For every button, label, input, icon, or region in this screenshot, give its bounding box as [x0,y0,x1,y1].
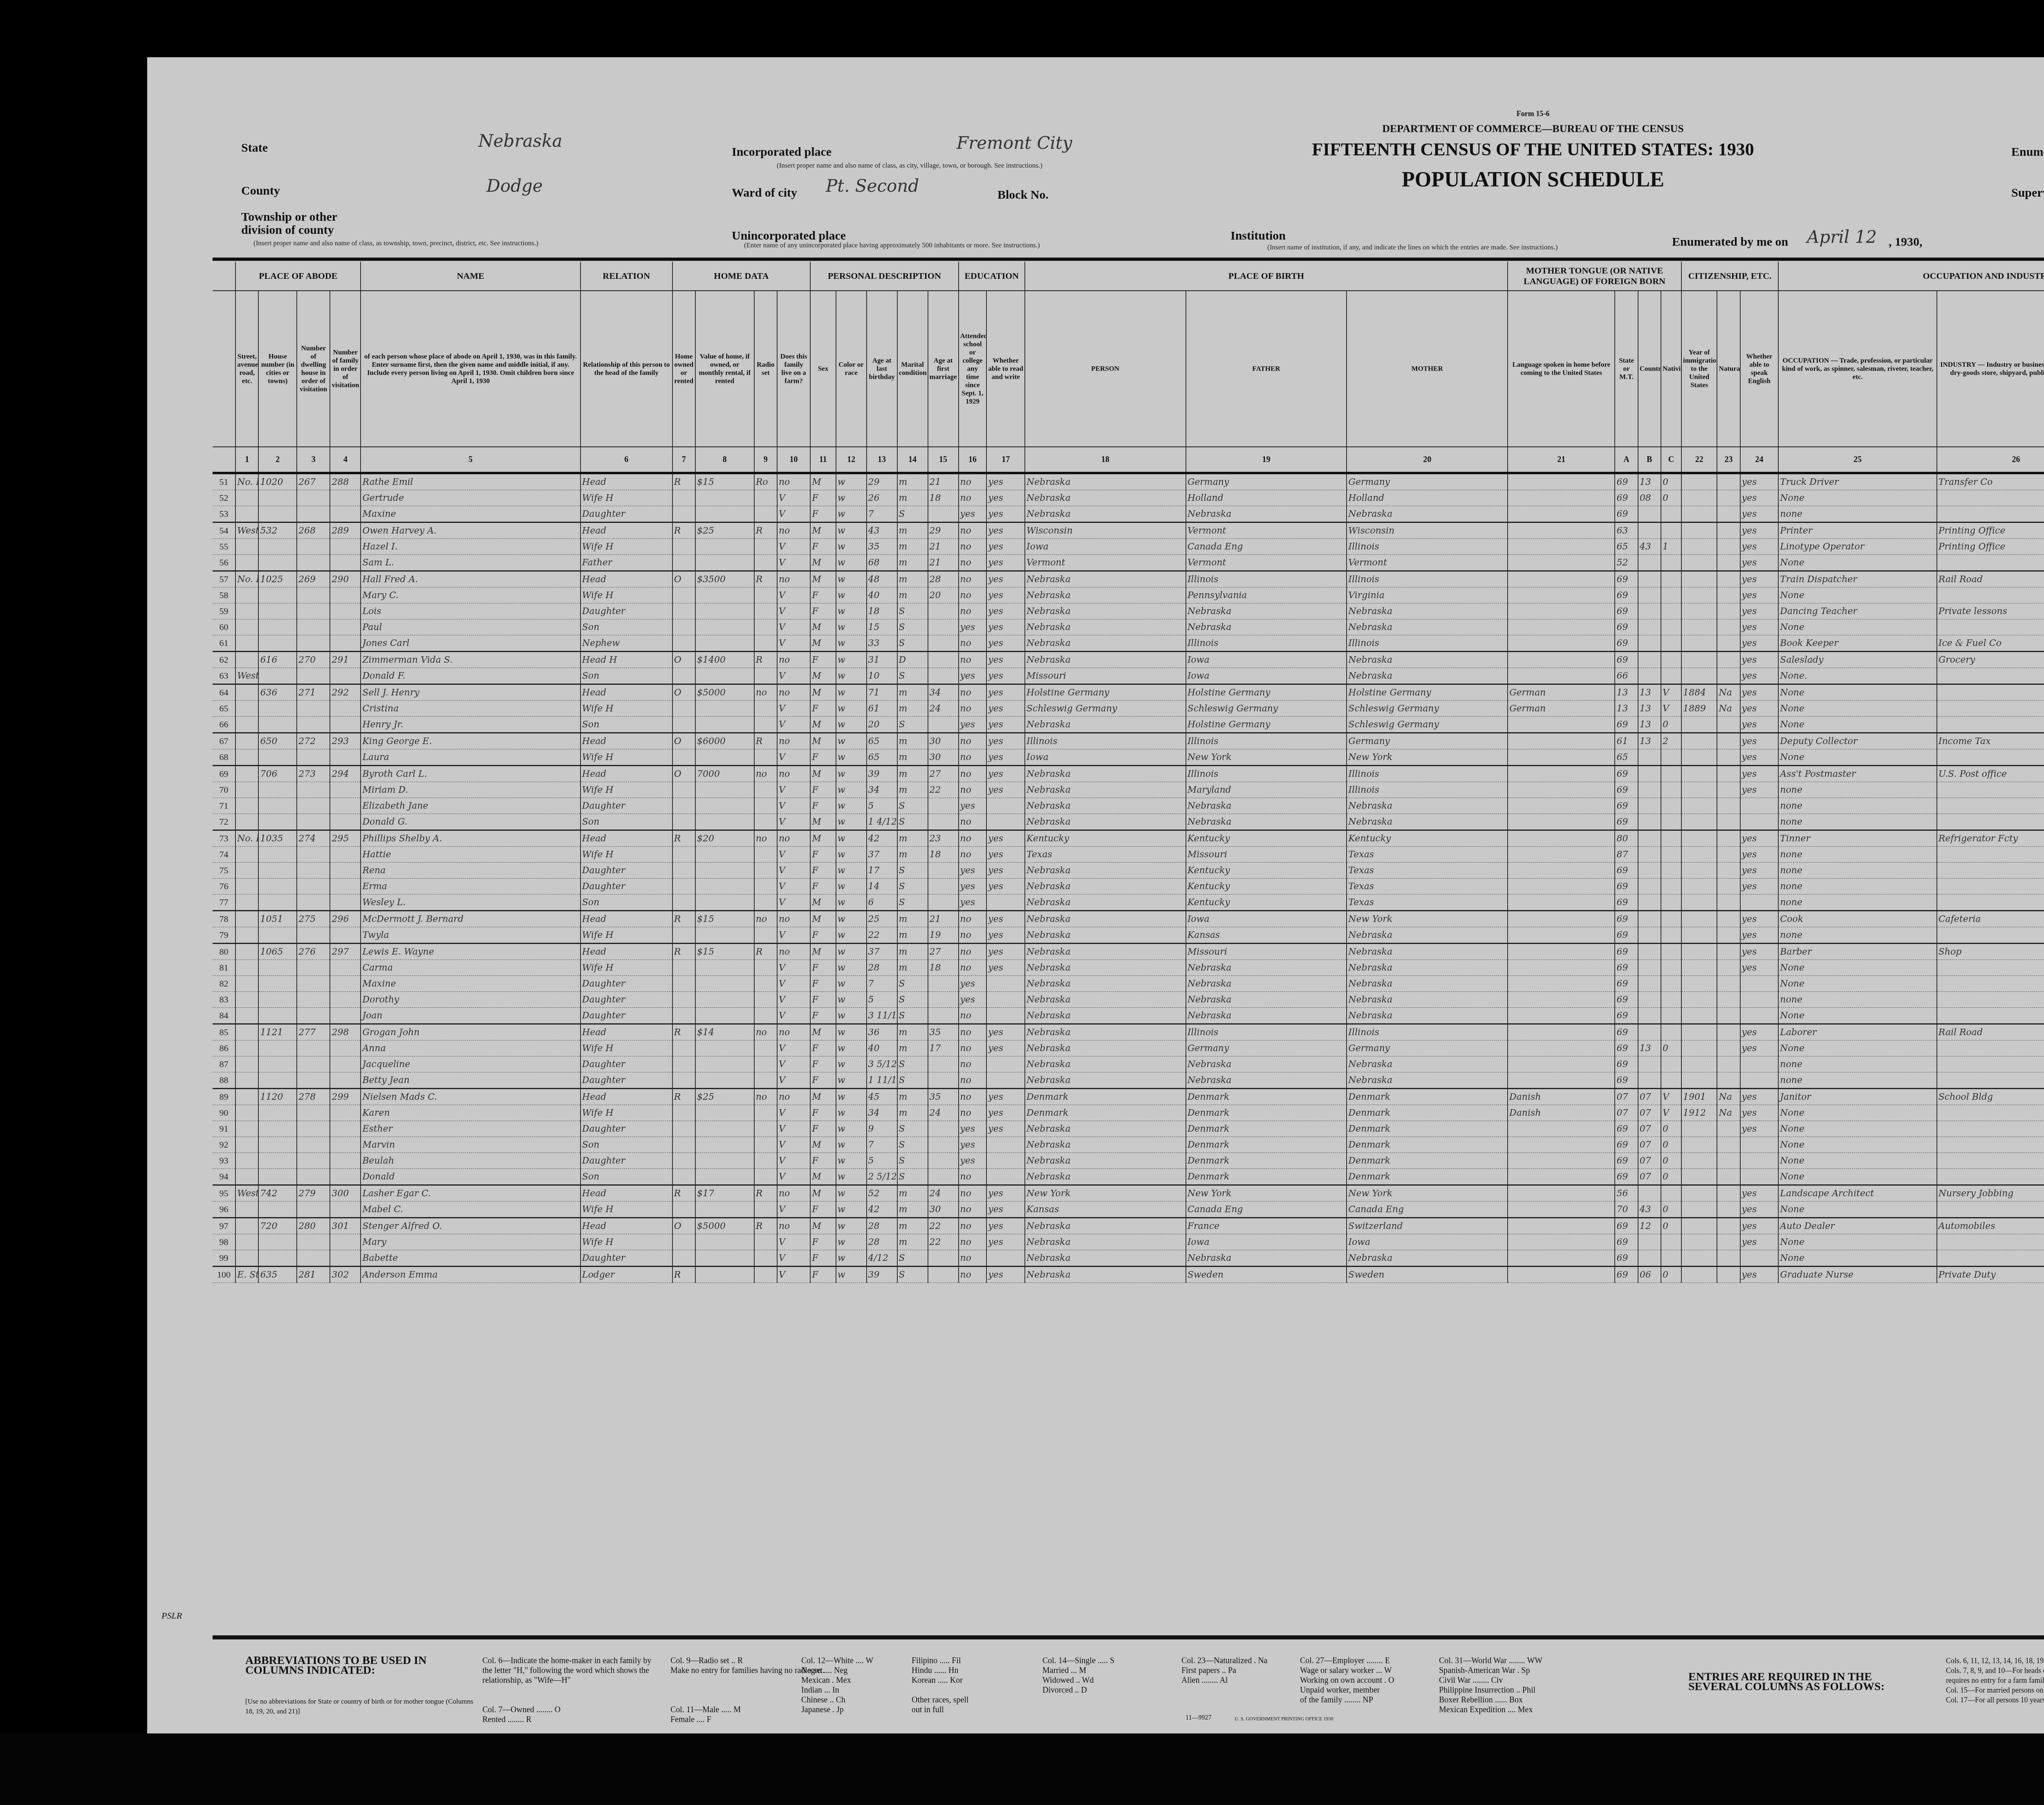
speaks-english: yes [1740,782,1779,798]
state-value: Nebraska [478,131,563,151]
home-value [695,1250,754,1267]
speaks-english: yes [1740,1185,1779,1202]
race: w [836,1008,867,1024]
house-number: 636 [258,684,297,701]
radio-set [754,976,777,992]
age: 22 [867,927,897,944]
population-schedule-table: PLACE OF ABODE NAME RELATION HOME DATA P… [213,262,2044,1283]
code-state: 69 [1615,1218,1638,1234]
age: 28 [867,960,897,976]
naturalization [1717,782,1740,798]
sex: F [810,863,836,879]
radio-set: no [754,911,777,927]
farm: V [777,863,810,879]
relationship: Head [580,733,672,749]
birthplace-mother: Illinois [1347,766,1508,782]
marital-status: S [897,668,928,684]
sex: F [810,539,836,555]
person-name: Rathe Emil [361,473,580,490]
street [235,701,258,717]
person-name: Jones Carl [361,635,580,652]
code-state: 69 [1615,976,1638,992]
speaks-english [1740,1137,1779,1153]
line-number: 77 [213,895,235,911]
code-country [1638,976,1661,992]
person-name: Betty Jean [361,1072,580,1089]
occupation: none [1778,1056,1936,1072]
relationship: Daughter [580,1121,672,1137]
farm: V [777,749,810,766]
abbr-col7: Col. 7—Owned ........ O Rented ........ … [482,1705,560,1724]
township-label: Township or other division of county [241,211,347,237]
can-read-write: yes [986,766,1025,782]
home-value [695,976,754,992]
code-nativity [1661,635,1681,652]
age-first-marriage: 24 [928,1105,959,1121]
relationship: Head [580,571,672,587]
birthplace-father: Illinois [1186,733,1347,749]
age: 9 [867,1121,897,1137]
speaks-english: yes [1740,1024,1779,1040]
can-read-write: yes [986,490,1025,506]
race: w [836,571,867,587]
farm: V [777,1234,810,1250]
sex: F [810,749,836,766]
family-number [330,895,361,911]
farm: V [777,1105,810,1121]
marital-status: S [897,1137,928,1153]
race: w [836,992,867,1008]
age-first-marriage [928,863,959,879]
table-row: 95West 10th St.742279300Lasher Egar C.He… [213,1185,2044,1202]
occupation: none [1778,879,1936,895]
home-owned-rented [672,490,695,506]
radio-set [754,635,777,652]
industry [1937,717,2044,733]
home-value: 7000 [695,766,754,782]
farm: V [777,701,810,717]
age-first-marriage: 22 [928,1234,959,1250]
farm: V [777,1056,810,1072]
occupation: none [1778,782,1936,798]
birthplace-person: Nebraska [1025,1008,1186,1024]
industry [1937,684,2044,701]
line-number: 63 [213,668,235,684]
farm: V [777,1267,810,1283]
line-number: 100 [213,1267,235,1283]
form-number: Form 15-6 [1472,110,1594,118]
radio-set [754,603,777,619]
immigration-year [1681,603,1717,619]
dwelling-number [297,619,330,635]
home-owned-rented [672,668,695,684]
line-number: 91 [213,1121,235,1137]
home-value [695,1008,754,1024]
street [235,587,258,603]
relationship: Daughter [580,1056,672,1072]
occupation: None [1778,749,1936,766]
occupation: None [1778,1105,1936,1121]
table-row: 70Miriam D.Wife HVFw34m22noyesNebraskaMa… [213,782,2044,798]
can-read-write: yes [986,603,1025,619]
column-number: 16 [959,447,987,473]
house-number [258,879,297,895]
race: w [836,911,867,927]
birthplace-person: Wisconsin [1025,522,1186,539]
marital-status: m [897,733,928,749]
relationship: Wife H [580,960,672,976]
naturalization [1717,1121,1740,1137]
street [235,1250,258,1267]
sex: F [810,847,836,863]
relationship: Head [580,1185,672,1202]
birthplace-mother: Illinois [1347,539,1508,555]
mother-tongue [1508,555,1615,571]
age-first-marriage [928,1267,959,1283]
person-name: Donald [361,1169,580,1185]
mother-tongue [1508,473,1615,490]
marital-status: m [897,571,928,587]
table-row: 81CarmaWife HVFw28m18noyesNebraskaNebras… [213,960,2044,976]
dwelling-number [297,1121,330,1137]
code-nativity [1661,652,1681,668]
column-number: C [1661,447,1681,473]
farm: no [777,1024,810,1040]
naturalization [1717,1234,1740,1250]
family-number [330,1169,361,1185]
attended-school: no [959,749,987,766]
code-country: 13 [1638,684,1661,701]
immigration-year [1681,555,1717,571]
immigration-year [1681,766,1717,782]
group-place-of-birth: PLACE OF BIRTH [1025,262,1508,291]
immigration-year [1681,782,1717,798]
marital-status: m [897,1185,928,1202]
industry [1937,863,2044,879]
birthplace-father: Iowa [1186,652,1347,668]
marital-status: m [897,1218,928,1234]
race: w [836,717,867,733]
immigration-year [1681,635,1717,652]
house-number: 1120 [258,1089,297,1105]
age-first-marriage: 21 [928,539,959,555]
birthplace-father: Illinois [1186,766,1347,782]
code-nativity [1661,1056,1681,1072]
speaks-english: yes [1740,668,1779,684]
house-number: 532 [258,522,297,539]
home-value [695,960,754,976]
birthplace-mother: Nebraska [1347,814,1508,830]
family-number [330,1234,361,1250]
birthplace-person: Nebraska [1025,1267,1186,1283]
code-state: 69 [1615,814,1638,830]
abbr-col23: Col. 23—Naturalized . Na First papers ..… [1181,1656,1268,1685]
speaks-english [1740,1008,1779,1024]
age-first-marriage: 21 [928,555,959,571]
age-first-marriage: 29 [928,522,959,539]
birthplace-father: Nebraska [1186,1250,1347,1267]
column-number: 5 [361,447,580,473]
birthplace-father: Iowa [1186,668,1347,684]
person-name: Rena [361,863,580,879]
dwelling-number [297,555,330,571]
birthplace-father: Denmark [1186,1121,1347,1137]
home-value [695,1105,754,1121]
farm: no [777,473,810,490]
home-value: $25 [695,522,754,539]
birthplace-mother: New York [1347,911,1508,927]
race: w [836,1185,867,1202]
age: 34 [867,1105,897,1121]
home-value: $15 [695,911,754,927]
table-row: 53MaxineDaughterVFw7SyesyesNebraskaNebra… [213,506,2044,522]
dwelling-number [297,1137,330,1153]
dwelling-number [297,506,330,522]
family-number [330,798,361,814]
marital-status: S [897,506,928,522]
code-country [1638,1234,1661,1250]
birthplace-father: Vermont [1186,555,1347,571]
mother-tongue [1508,992,1615,1008]
street [235,960,258,976]
farm: V [777,814,810,830]
industry: Refrigerator Fcty [1937,830,2044,847]
mother-tongue: Danish [1508,1105,1615,1121]
column-number: 19 [1186,447,1347,473]
farm: V [777,539,810,555]
column-label: State or M.T. [1615,291,1638,447]
sex: M [810,944,836,960]
birthplace-father: Kentucky [1186,863,1347,879]
birthplace-person: Nebraska [1025,603,1186,619]
dwelling-number: 270 [297,652,330,668]
person-name: Jacqueline [361,1056,580,1072]
can-read-write: yes [986,1024,1025,1040]
code-nativity: 0 [1661,1218,1681,1234]
dwelling-number [297,798,330,814]
radio-set: no [754,766,777,782]
birthplace-person: Nebraska [1025,1056,1186,1072]
table-row: 88Betty JeanDaughterVFw1 11/12SnoNebrask… [213,1072,2044,1089]
line-number: 64 [213,684,235,701]
person-name: Hattie [361,847,580,863]
immigration-year [1681,1056,1717,1072]
birthplace-person: Kentucky [1025,830,1186,847]
dwelling-number [297,782,330,798]
industry [1937,879,2044,895]
naturalization [1717,587,1740,603]
unincorporated-note: (Enter name of any unincorporated place … [744,241,1040,249]
line-number: 59 [213,603,235,619]
farm: V [777,895,810,911]
mother-tongue [1508,1250,1615,1267]
attended-school: no [959,1008,987,1024]
code-country: 13 [1638,701,1661,717]
farm: V [777,1137,810,1153]
family-number [330,879,361,895]
family-number [330,976,361,992]
birthplace-person: Nebraska [1025,490,1186,506]
can-read-write: yes [986,587,1025,603]
home-owned-rented [672,895,695,911]
birthplace-father: Pennsylvania [1186,587,1347,603]
person-name: Joan [361,1008,580,1024]
margin-note: PSLR [161,1611,182,1621]
can-read-write: yes [986,1089,1025,1105]
code-state: 13 [1615,684,1638,701]
line-number: 60 [213,619,235,635]
code-country: 13 [1638,473,1661,490]
home-owned-rented [672,1250,695,1267]
can-read-write: yes [986,571,1025,587]
industry [1937,1250,2044,1267]
marital-status: m [897,766,928,782]
immigration-year [1681,1185,1717,1202]
can-read-write: yes [986,1202,1025,1218]
dwelling-number: 280 [297,1218,330,1234]
naturalization [1717,992,1740,1008]
age-first-marriage: 21 [928,911,959,927]
code-state: 13 [1615,701,1638,717]
mother-tongue [1508,798,1615,814]
street: West 10th St. [235,668,258,684]
table-row: 51No. K St.1020267288Rathe EmilHeadR$15R… [213,473,2044,490]
code-nativity [1661,603,1681,619]
ed-label: Enumeration District No. [2011,145,2044,159]
code-nativity [1661,911,1681,927]
home-value: $1400 [695,652,754,668]
radio-set: R [754,733,777,749]
table-row: 781051275296McDermott J. BernardHeadR$15… [213,911,2044,927]
attended-school: no [959,603,987,619]
column-label: of each person whose place of abode on A… [361,291,580,447]
code-country [1638,960,1661,976]
occupation: Graduate Nurse [1778,1267,1936,1283]
attended-school: yes [959,717,987,733]
sex: M [810,717,836,733]
home-value [695,1056,754,1072]
line-number: 71 [213,798,235,814]
birthplace-mother: New York [1347,1185,1508,1202]
mother-tongue [1508,1267,1615,1283]
mother-tongue [1508,635,1615,652]
person-name: Sam L. [361,555,580,571]
column-number: 18 [1025,447,1186,473]
street [235,944,258,960]
race: w [836,1267,867,1283]
farm: V [777,1202,810,1218]
table-row: 99BabetteDaughterVFw4/12SnoNebraskaNebra… [213,1250,2044,1267]
code-state: 69 [1615,1169,1638,1185]
occupation: none [1778,506,1936,522]
naturalization [1717,619,1740,635]
marital-status: S [897,1008,928,1024]
can-read-write: yes [986,717,1025,733]
industry [1937,587,2044,603]
street: No. L St. [235,830,258,847]
family-number [330,490,361,506]
age: 65 [867,749,897,766]
line-number: 86 [213,1040,235,1056]
farm: no [777,1218,810,1234]
birthplace-person: Nebraska [1025,814,1186,830]
can-read-write: yes [986,701,1025,717]
immigration-year [1681,717,1717,733]
age: 37 [867,847,897,863]
age: 42 [867,1202,897,1218]
street [235,1040,258,1056]
attended-school: yes [959,863,987,879]
person-name: Byroth Carl L. [361,766,580,782]
code-nativity [1661,847,1681,863]
birthplace-mother: Nebraska [1347,603,1508,619]
home-owned-rented: R [672,1185,695,1202]
line-number: 87 [213,1056,235,1072]
immigration-year: 1901 [1681,1089,1717,1105]
dwelling-number [297,847,330,863]
industry: Printing Office [1937,539,2044,555]
age: 40 [867,1040,897,1056]
code-country: 43 [1638,539,1661,555]
mother-tongue [1508,539,1615,555]
speaks-english: yes [1740,603,1779,619]
age-first-marriage [928,506,959,522]
birthplace-mother: Illinois [1347,635,1508,652]
radio-set [754,1153,777,1169]
age-first-marriage [928,652,959,668]
radio-set [754,749,777,766]
farm: V [777,490,810,506]
code-state: 69 [1615,911,1638,927]
home-owned-rented [672,539,695,555]
column-number: 8 [695,447,754,473]
can-read-write: yes [986,927,1025,944]
person-name: Lois [361,603,580,619]
birthplace-mother: Nebraska [1347,506,1508,522]
person-name: Nielsen Mads C. [361,1089,580,1105]
birthplace-father: New York [1186,1185,1347,1202]
table-row: 84JoanDaughterVFw3 11/12SnoNebraskaNebra… [213,1008,2044,1024]
family-number: 293 [330,733,361,749]
industry: Transfer Co [1937,473,2044,490]
farm: V [777,960,810,976]
relationship: Wife H [580,1202,672,1218]
code-nativity: V [1661,1105,1681,1121]
column-label: OCCUPATION — Trade, profession, or parti… [1778,291,1936,447]
marital-status: S [897,717,928,733]
home-value: $17 [695,1185,754,1202]
code-country: 13 [1638,733,1661,749]
column-number: 6 [580,447,672,473]
dwelling-number [297,749,330,766]
column-number: 24 [1740,447,1779,473]
marital-status: m [897,1234,928,1250]
dwelling-number [297,490,330,506]
home-owned-rented [672,863,695,879]
speaks-english: yes [1740,701,1779,717]
radio-set: R [754,1185,777,1202]
attended-school: yes [959,668,987,684]
relationship: Wife H [580,490,672,506]
birthplace-father: Holstine Germany [1186,717,1347,733]
attended-school: no [959,684,987,701]
family-number [330,1105,361,1121]
line-number: 79 [213,927,235,944]
code-state: 61 [1615,733,1638,749]
person-name: Henry Jr. [361,717,580,733]
birthplace-person: Nebraska [1025,473,1186,490]
table-row: 58Mary C.Wife HVFw40m20noyesNebraskaPenn… [213,587,2044,603]
